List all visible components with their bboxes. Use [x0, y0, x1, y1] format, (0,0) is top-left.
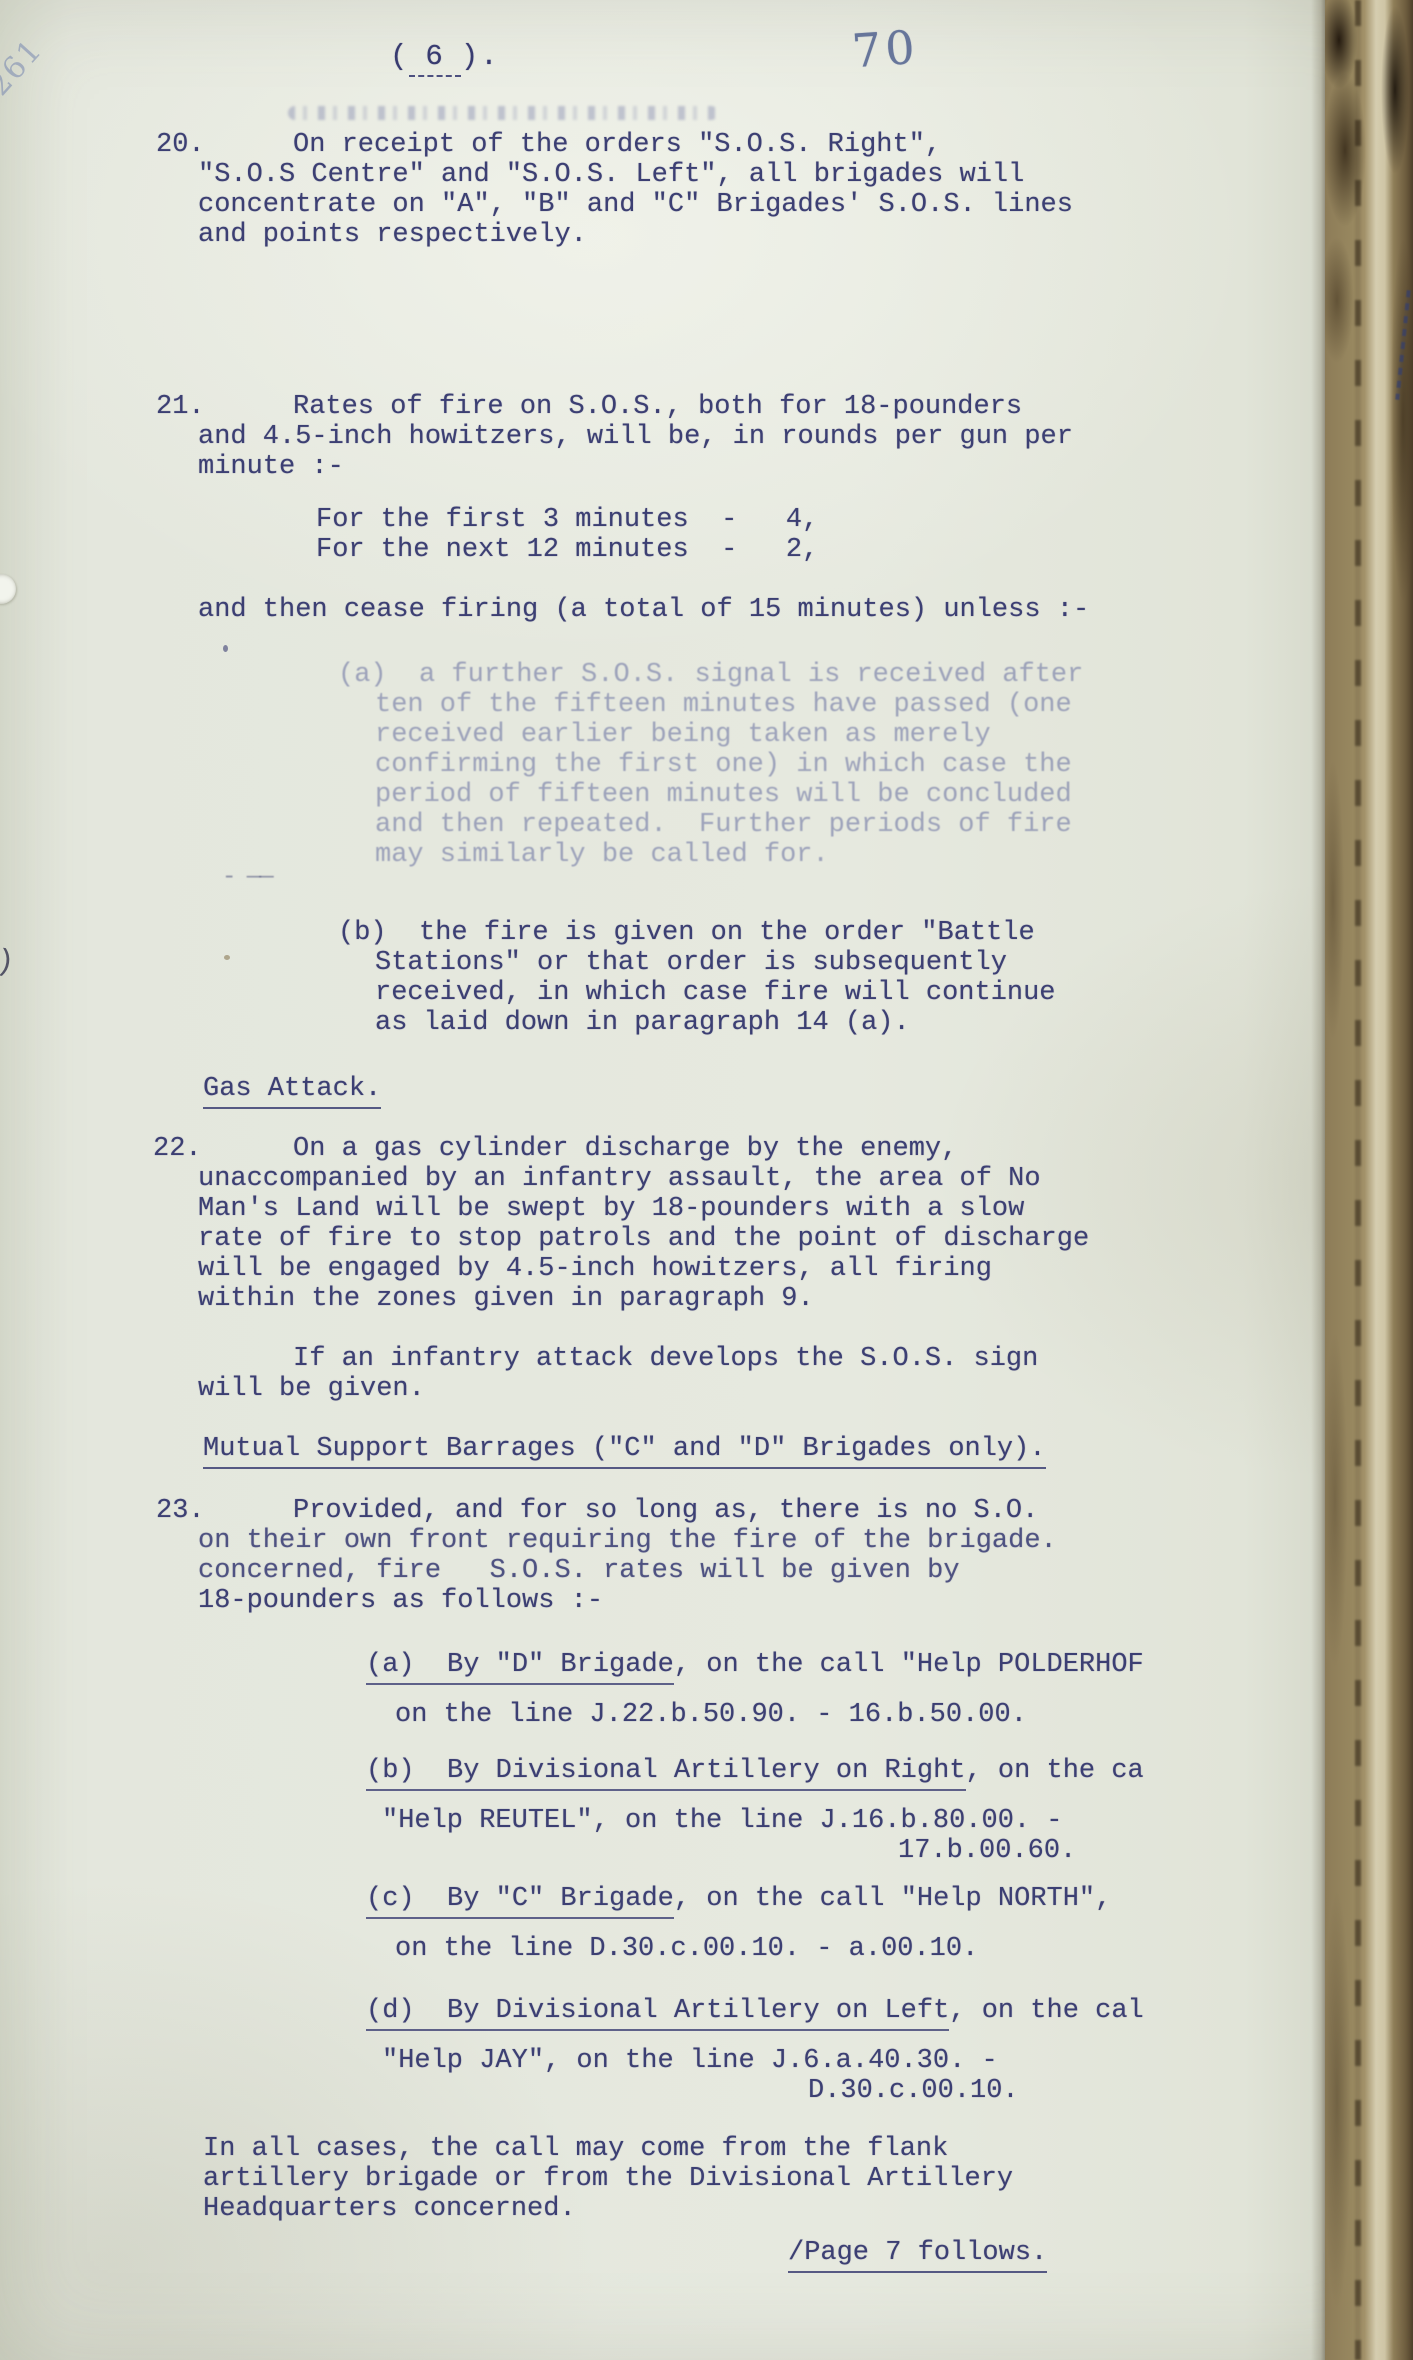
pencil-dash-mark: - ——	[222, 864, 272, 891]
rate-of-fire-line: For the first 3 minutes - 4,	[316, 505, 818, 535]
para-23-number: 23.	[156, 1496, 205, 1526]
para-22-number: 22.	[153, 1134, 202, 1164]
header-number: 6	[409, 40, 460, 77]
ink-speck	[224, 955, 230, 960]
para-23b-line: 17.b.00.60.	[898, 1836, 1076, 1866]
para-23-line: 18-pounders as follows :-	[198, 1586, 603, 1616]
closing-line: Headquarters concerned.	[203, 2194, 576, 2224]
para-20-line: On receipt of the orders "S.O.S. Right",	[293, 130, 941, 160]
para-22-line: Man's Land will be swept by 18-pounders …	[198, 1194, 1024, 1224]
para-21a-line: (a) a further S.O.S. signal is received …	[338, 660, 1083, 690]
para-23d-line: (d) By Divisional Artillery on Left, on …	[366, 1996, 1144, 2026]
para-21-number: 21.	[156, 392, 205, 422]
edge-pen-mark: )	[0, 945, 16, 981]
para-23-line: concerned, fire S.O.S. rates will be giv…	[198, 1556, 960, 1586]
para-23-line: Provided, and for so long as, there is n…	[293, 1496, 1038, 1526]
para-21b-line: (b) the fire is given on the order "Batt…	[338, 918, 1035, 948]
header-open-paren: (	[390, 40, 409, 73]
para-22-line: unaccompanied by an infantry assault, th…	[198, 1164, 1041, 1194]
para-22-line: will be given.	[198, 1374, 425, 1404]
para-23c-rest: , on the call "Help NORTH",	[674, 1884, 1111, 1914]
para-21-line: and then cease firing (a total of 15 min…	[198, 595, 1089, 625]
scanned-document-page: (6). 70 261 20. On receipt of the orders…	[0, 0, 1413, 2360]
binding-edge	[1325, 0, 1413, 2360]
para-20-line: "S.O.S Centre" and "S.O.S. Left", all br…	[198, 160, 1024, 190]
para-21a-line: received earlier being taken as merely	[375, 720, 991, 750]
para-23-line: on their own front requiring the fire of…	[198, 1526, 1057, 1556]
para-23b-line: (b) By Divisional Artillery on Right, on…	[366, 1756, 1144, 1786]
para-22-line: within the zones given in paragraph 9.	[198, 1284, 814, 1314]
para-21a-line: and then repeated. Further periods of fi…	[375, 810, 1072, 840]
ink-speck	[223, 645, 228, 652]
para-20-number: 20.	[156, 130, 205, 160]
para-23a-line: (a) By "D" Brigade, on the call "Help PO…	[366, 1650, 1144, 1680]
closing-line: In all cases, the call may come from the…	[203, 2134, 948, 2164]
para-23d-lead: (d) By Divisional Artillery on Left	[366, 1996, 949, 2031]
gas-attack-heading: Gas Attack.	[203, 1074, 381, 1104]
para-20-line: concentrate on "A", "B" and "C" Brigades…	[198, 190, 1073, 220]
para-23d-rest: , on the cal	[949, 1996, 1143, 2026]
handwritten-folio-number: 70	[850, 20, 920, 79]
para-21b-line: received, in which case fire will contin…	[375, 978, 1056, 1008]
para-21a-line: ten of the fifteen minutes have passed (…	[375, 690, 1072, 720]
para-22-line: will be engaged by 4.5-inch howitzers, a…	[198, 1254, 992, 1284]
para-23c-line: (c) By "C" Brigade, on the call "Help NO…	[366, 1884, 1111, 1914]
para-23d-line: "Help JAY", on the line J.6.a.40.30. -	[382, 2046, 998, 2076]
para-22-line: If an infantry attack develops the S.O.S…	[293, 1344, 1038, 1374]
para-23a-line: on the line J.22.b.50.90. - 16.b.50.00.	[395, 1700, 1027, 1730]
para-21-line: Rates of fire on S.O.S., both for 18-pou…	[293, 392, 1022, 422]
para-21b-line: Stations" or that order is subsequently	[375, 948, 1007, 978]
para-23b-rest: , on the ca	[966, 1756, 1144, 1786]
margin-stamp: 261	[0, 32, 50, 102]
para-22-line: rate of fire to stop patrols and the poi…	[198, 1224, 1089, 1254]
para-22-line: On a gas cylinder discharge by the enemy…	[293, 1134, 957, 1164]
para-23d-line: D.30.c.00.10.	[808, 2076, 1019, 2106]
para-21-line: and 4.5-inch howitzers, will be, in roun…	[198, 422, 1073, 452]
page-footer: /Page 7 follows.	[788, 2238, 1047, 2268]
para-21b-line: as laid down in paragraph 14 (a).	[375, 1008, 910, 1038]
para-23a-lead: (a) By "D" Brigade	[366, 1650, 674, 1685]
mutual-support-heading-text: Mutual Support Barrages ("C" and "D" Bri…	[203, 1434, 1046, 1469]
rate-of-fire-line: For the next 12 minutes - 2,	[316, 535, 818, 565]
para-21-line: minute :-	[198, 452, 344, 482]
para-23b-lead: (b) By Divisional Artillery on Right	[366, 1756, 966, 1791]
para-21a-line: may similarly be called for.	[375, 840, 829, 870]
page-header-number: (6).	[390, 40, 500, 73]
para-23b-line: "Help REUTEL", on the line J.16.b.80.00.…	[382, 1806, 1063, 1836]
closing-line: artillery brigade or from the Divisional…	[203, 2164, 1013, 2194]
binding-ink-scribble	[1395, 290, 1410, 400]
para-21a-line: confirming the first one) in which case …	[375, 750, 1072, 780]
header-close-paren: ).	[461, 40, 500, 73]
para-23a-rest: , on the call "Help POLDERHOF	[674, 1650, 1144, 1680]
para-23c-lead: (c) By "C" Brigade	[366, 1884, 674, 1919]
para-23c-line: on the line D.30.c.00.10. - a.00.10.	[395, 1934, 978, 1964]
para-21a-line: period of fifteen minutes will be conclu…	[375, 780, 1072, 810]
ink-smudge	[288, 106, 718, 120]
mutual-support-heading: Mutual Support Barrages ("C" and "D" Bri…	[203, 1434, 1046, 1464]
para-20-line: and points respectively.	[198, 220, 587, 250]
punch-hole	[0, 574, 16, 604]
gas-attack-heading-text: Gas Attack.	[203, 1074, 381, 1109]
page-footer-text: /Page 7 follows.	[788, 2238, 1047, 2273]
